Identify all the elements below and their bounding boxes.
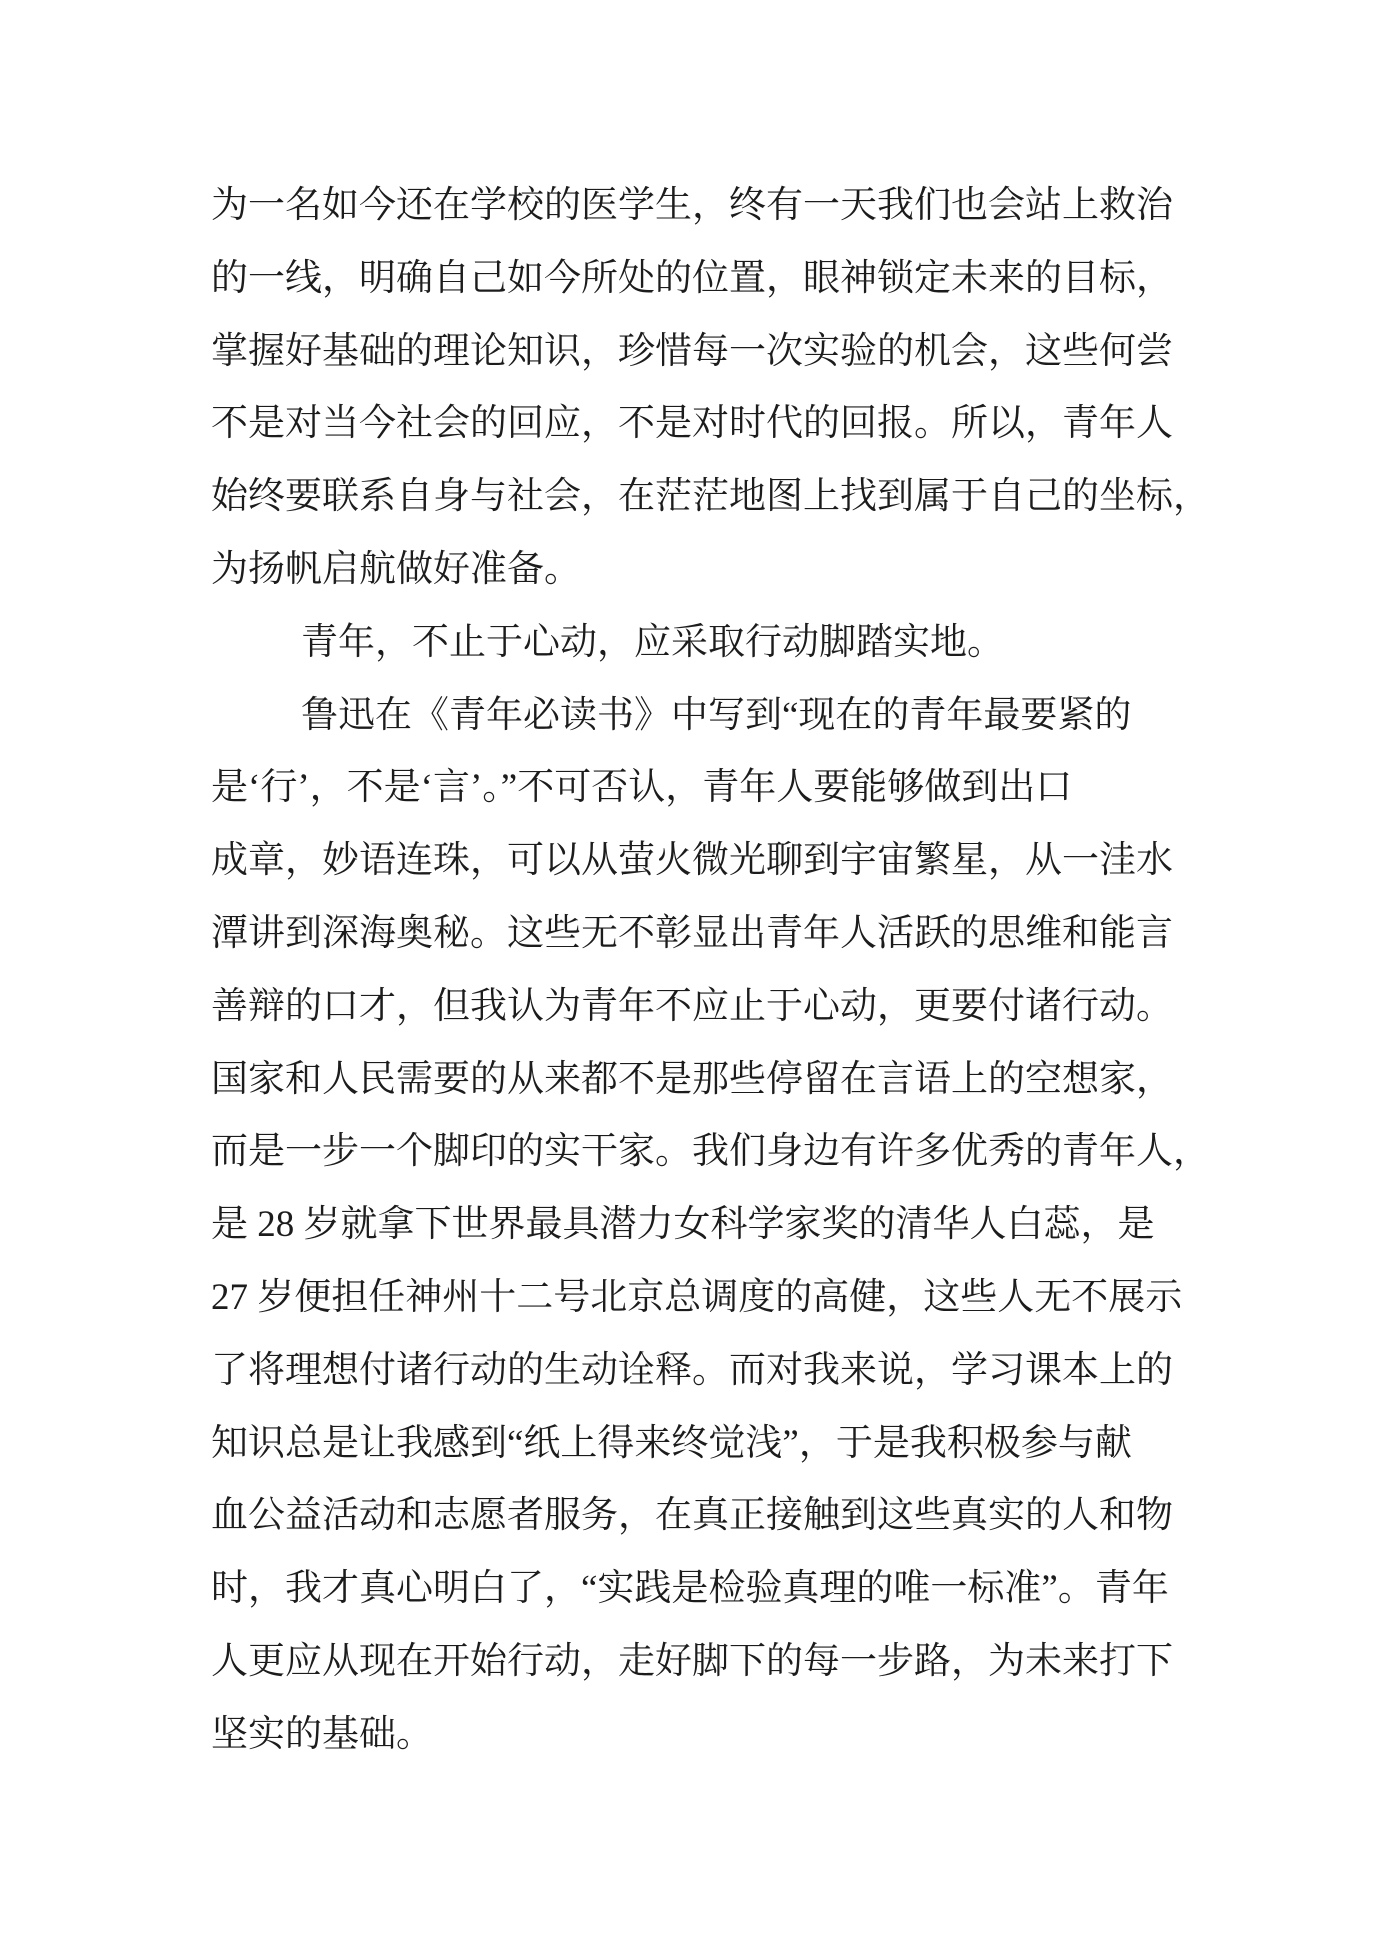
text-line: 青年，不止于心动，应采取行动脚踏实地。 — [211, 607, 1183, 680]
document-page: 为一名如今还在学校的医学生，终有一天我们也会站上救治的一线，明确自己如今所处的位… — [0, 0, 1382, 1956]
text-line: 的一线，明确自己如今所处的位置，眼神锁定未来的目标， — [211, 243, 1183, 316]
text-line: 善辩的口才，但我认为青年不应止于心动，更要付诸行动。 — [211, 971, 1183, 1044]
essay-body: 为一名如今还在学校的医学生，终有一天我们也会站上救治的一线，明确自己如今所处的位… — [211, 170, 1183, 1772]
text-line: 掌握好基础的理论知识，珍惜每一次实验的机会，这些何尝 — [211, 316, 1183, 389]
text-line: 人更应从现在开始行动，走好脚下的每一步路，为未来打下 — [211, 1626, 1183, 1699]
text-line: 潭讲到深海奥秘。这些无不彰显出青年人活跃的思维和能言 — [211, 898, 1183, 971]
text-line: 成章，妙语连珠，可以从萤火微光聊到宇宙繁星，从一洼水 — [211, 825, 1183, 898]
text-line: 始终要联系自身与社会，在茫茫地图上找到属于自己的坐标， — [211, 461, 1183, 534]
text-line: 国家和人民需要的从来都不是那些停留在言语上的空想家， — [211, 1044, 1183, 1117]
text-line: 27 岁便担任神州十二号北京总调度的高健，这些人无不展示 — [211, 1262, 1183, 1335]
text-line: 鲁迅在《青年必读书》中写到“现在的青年最要紧的 — [211, 680, 1183, 753]
text-line: 而是一步一个脚印的实干家。我们身边有许多优秀的青年人， — [211, 1116, 1183, 1189]
text-line: 坚实的基础。 — [211, 1699, 1183, 1772]
text-line: 不是对当今社会的回应，不是对时代的回报。所以，青年人 — [211, 388, 1183, 461]
text-line: 血公益活动和志愿者服务，在真正接触到这些真实的人和物 — [211, 1480, 1183, 1553]
text-line: 时，我才真心明白了，“实践是检验真理的唯一标准”。青年 — [211, 1553, 1183, 1626]
text-line: 为扬帆启航做好准备。 — [211, 534, 1183, 607]
text-line: 是‘行’，不是‘言’。”不可否认，青年人要能够做到出口 — [211, 752, 1183, 825]
text-line: 是 28 岁就拿下世界最具潜力女科学家奖的清华人白蕊，是 — [211, 1189, 1183, 1262]
text-line: 了将理想付诸行动的生动诠释。而对我来说，学习课本上的 — [211, 1335, 1183, 1408]
text-line: 为一名如今还在学校的医学生，终有一天我们也会站上救治 — [211, 170, 1183, 243]
text-line: 知识总是让我感到“纸上得来终觉浅”，于是我积极参与献 — [211, 1408, 1183, 1481]
